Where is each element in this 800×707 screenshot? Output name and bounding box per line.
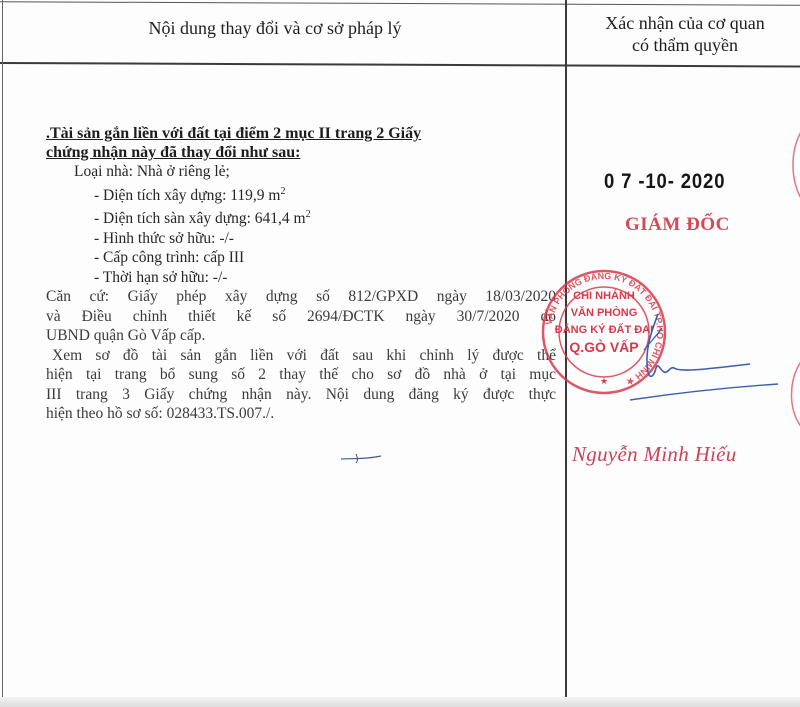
- legal-basis-line1: Căn cứ: Giấy phép xây dựng số 812/GPXD n…: [46, 287, 556, 307]
- item-ownership-form: - Hình thức sở hữu: -/-: [46, 229, 556, 249]
- signer-name: Nguyễn Minh Hiếu: [572, 442, 782, 467]
- legal-basis-line2: và Điều chỉnh thiết kế số 2694/ĐCTK ngày…: [46, 307, 556, 327]
- column-header-authority: Xác nhận của cơ quan có thẩm quyền: [575, 12, 795, 56]
- table-left-border: [2, 0, 3, 707]
- legal-basis-line3: UBND quận Gò Vấp cấp.: [46, 326, 556, 346]
- scan-edge: [0, 697, 800, 707]
- signature-icon: [600, 310, 780, 410]
- certificate-page: Nội dung thay đổi và cơ sở pháp lý Xác n…: [0, 0, 800, 707]
- change-content: .Tài sản gắn liền với đất tại điểm 2 mục…: [46, 124, 556, 424]
- initial-mark-icon: [340, 452, 382, 464]
- item-floor-area: - Diện tích sàn xây dựng: 641,4 m2: [46, 205, 556, 229]
- confirmation-date-stamp: 0 7 -10- 2020: [604, 170, 745, 194]
- column-header-authority-line1: Xác nhận của cơ quan: [575, 12, 795, 34]
- column-header-authority-line2: có thẩm quyền: [575, 34, 795, 56]
- note-line3: III trang 3 Giấy chứng nhận này. Nội dun…: [46, 385, 556, 405]
- table-header-divider: [0, 62, 800, 67]
- item-construction-grade: - Cấp công trình: cấp III: [46, 248, 556, 268]
- change-heading-line2: chứng nhận này đã thay đổi như sau:: [46, 143, 556, 162]
- note-line2: hiện tại trang bổ sung số 2 thay thế cho…: [46, 365, 556, 385]
- item-construction-area: - Diện tích xây dựng: 119,9 m2: [46, 182, 556, 206]
- note-line1: Xem sơ đồ tài sản gắn liền với đất sau k…: [46, 346, 556, 366]
- change-heading-line1: .Tài sản gắn liền với đất tại điểm 2 mục…: [46, 124, 556, 143]
- signer-position: GIÁM ĐỐC: [625, 214, 775, 236]
- partial-seal-icon: [780, 110, 800, 430]
- house-type: Loại nhà: Nhà ở riêng lẻ;: [46, 162, 556, 182]
- item-ownership-term: - Thời hạn sở hữu: -/-: [46, 268, 556, 288]
- table-top-border: [0, 1, 800, 5]
- column-header-changes: Nội dung thay đổi và cơ sở pháp lý: [60, 18, 490, 39]
- note-line4: hiện theo hồ sơ số: 028433.TS.007./.: [46, 404, 556, 424]
